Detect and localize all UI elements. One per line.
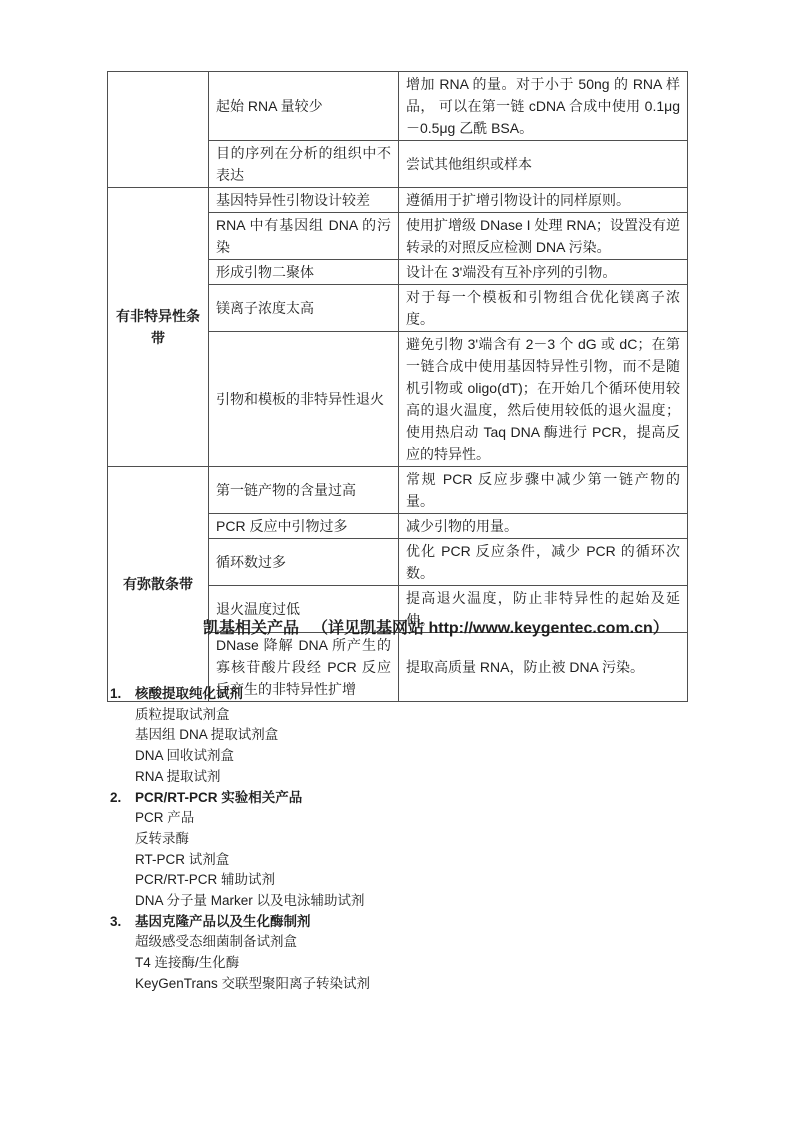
section-title: 凯基相关产品 bbox=[203, 620, 299, 637]
product-item: KeyGenTrans 交联型聚阳离子转染试剂 bbox=[135, 974, 370, 995]
product-item: RT-PCR 试剂盒 bbox=[135, 850, 370, 871]
solution-cell: 尝试其他组织或样本 bbox=[399, 141, 688, 188]
product-list: 1.核酸提取纯化试剂 质粒提取试剂盒 基因组 DNA 提取试剂盒 DNA 回收试… bbox=[110, 684, 370, 995]
product-item: 超级感受态细菌制备试剂盒 bbox=[135, 932, 370, 953]
problem-cell: 基因特异性引物设计较差 bbox=[209, 188, 399, 213]
problem-cell: RNA 中有基因组 DNA 的污染 bbox=[209, 213, 399, 260]
section-subtitle: （详见凯基网站 http://www.keygentec.com.cn） bbox=[312, 620, 669, 637]
solution-cell: 常规 PCR 反应步骤中减少第一链产物的量。 bbox=[399, 467, 688, 514]
problem-cell: 循环数过多 bbox=[209, 539, 399, 586]
solution-cell: 提取高质量 RNA，防止被 DNA 污染。 bbox=[399, 633, 688, 702]
problem-cell: 起始 RNA 量较少 bbox=[209, 72, 399, 141]
solution-cell: 增加 RNA 的量。对于小于 50ng 的 RNA 样品， 可以在第一链 cDN… bbox=[399, 72, 688, 141]
category-cell-smeared-bands: 有弥散条带 bbox=[108, 467, 209, 702]
pcr-troubleshooting-table: 起始 RNA 量较少 增加 RNA 的量。对于小于 50ng 的 RNA 样品，… bbox=[107, 71, 688, 702]
problem-cell: 目的序列在分析的组织中不表达 bbox=[209, 141, 399, 188]
item-number: 1. bbox=[110, 684, 135, 705]
category-title-row: 1.核酸提取纯化试剂 bbox=[110, 684, 370, 705]
table-row: 有弥散条带 第一链产物的含量过高 常规 PCR 反应步骤中减少第一链产物的量。 bbox=[108, 467, 688, 514]
document-page: { "colors": { "page_bg": "#ffffff", "bor… bbox=[0, 0, 794, 1123]
product-item: DNA 回收试剂盒 bbox=[135, 746, 370, 767]
solution-cell: 减少引物的用量。 bbox=[399, 514, 688, 539]
product-category-cloning: 3.基因克隆产品以及生化酶制剂 超级感受态细菌制备试剂盒 T4 连接酶/生化酶 … bbox=[110, 912, 370, 995]
problem-cell: 第一链产物的含量过高 bbox=[209, 467, 399, 514]
category-cell-blank bbox=[108, 72, 209, 188]
category-title: 核酸提取纯化试剂 bbox=[135, 686, 243, 701]
solution-cell: 使用扩增级 DNase I 处理 RNA；设置没有逆转录的对照反应检测 DNA … bbox=[399, 213, 688, 260]
table-row: 起始 RNA 量较少 增加 RNA 的量。对于小于 50ng 的 RNA 样品，… bbox=[108, 72, 688, 141]
solution-cell: 设计在 3'端没有互补序列的引物。 bbox=[399, 260, 688, 285]
product-item: 反转录酶 bbox=[135, 829, 370, 850]
solution-cell: 优化 PCR 反应条件，减少 PCR 的循环次数。 bbox=[399, 539, 688, 586]
product-item: PCR/RT-PCR 辅助试剂 bbox=[135, 870, 370, 891]
category-cell-nonspecific-bands: 有非特异性条带 bbox=[108, 188, 209, 467]
category-title-row: 3.基因克隆产品以及生化酶制剂 bbox=[110, 912, 370, 933]
solution-cell: 遵循用于扩增引物设计的同样原则。 bbox=[399, 188, 688, 213]
category-title: PCR/RT-PCR 实验相关产品 bbox=[135, 790, 302, 805]
solution-cell: 避免引物 3'端含有 2－3 个 dG 或 dC；在第一链合成中使用基因特异性引… bbox=[399, 332, 688, 467]
product-item: DNA 分子量 Marker 以及电泳辅助试剂 bbox=[135, 891, 370, 912]
product-item: RNA 提取试剂 bbox=[135, 767, 370, 788]
product-item: 基因组 DNA 提取试剂盒 bbox=[135, 725, 370, 746]
section-heading: 凯基相关产品（详见凯基网站 http://www.keygentec.com.c… bbox=[203, 617, 669, 641]
item-number: 2. bbox=[110, 788, 135, 809]
product-item: 质粒提取试剂盒 bbox=[135, 705, 370, 726]
table-row: 有非特异性条带 基因特异性引物设计较差 遵循用于扩增引物设计的同样原则。 bbox=[108, 188, 688, 213]
product-item: PCR 产品 bbox=[135, 808, 370, 829]
problem-cell: 形成引物二聚体 bbox=[209, 260, 399, 285]
product-item: T4 连接酶/生化酶 bbox=[135, 953, 370, 974]
product-category-nucleic-acid: 1.核酸提取纯化试剂 质粒提取试剂盒 基因组 DNA 提取试剂盒 DNA 回收试… bbox=[110, 684, 370, 788]
solution-cell: 对于每一个模板和引物组合优化镁离子浓度。 bbox=[399, 285, 688, 332]
problem-cell: 镁离子浓度太高 bbox=[209, 285, 399, 332]
problem-cell: 引物和模板的非特异性退火 bbox=[209, 332, 399, 467]
item-number: 3. bbox=[110, 912, 135, 933]
problem-cell: PCR 反应中引物过多 bbox=[209, 514, 399, 539]
category-title: 基因克隆产品以及生化酶制剂 bbox=[135, 914, 311, 929]
category-title-row: 2.PCR/RT-PCR 实验相关产品 bbox=[110, 788, 370, 809]
product-category-pcr: 2.PCR/RT-PCR 实验相关产品 PCR 产品 反转录酶 RT-PCR 试… bbox=[110, 788, 370, 912]
